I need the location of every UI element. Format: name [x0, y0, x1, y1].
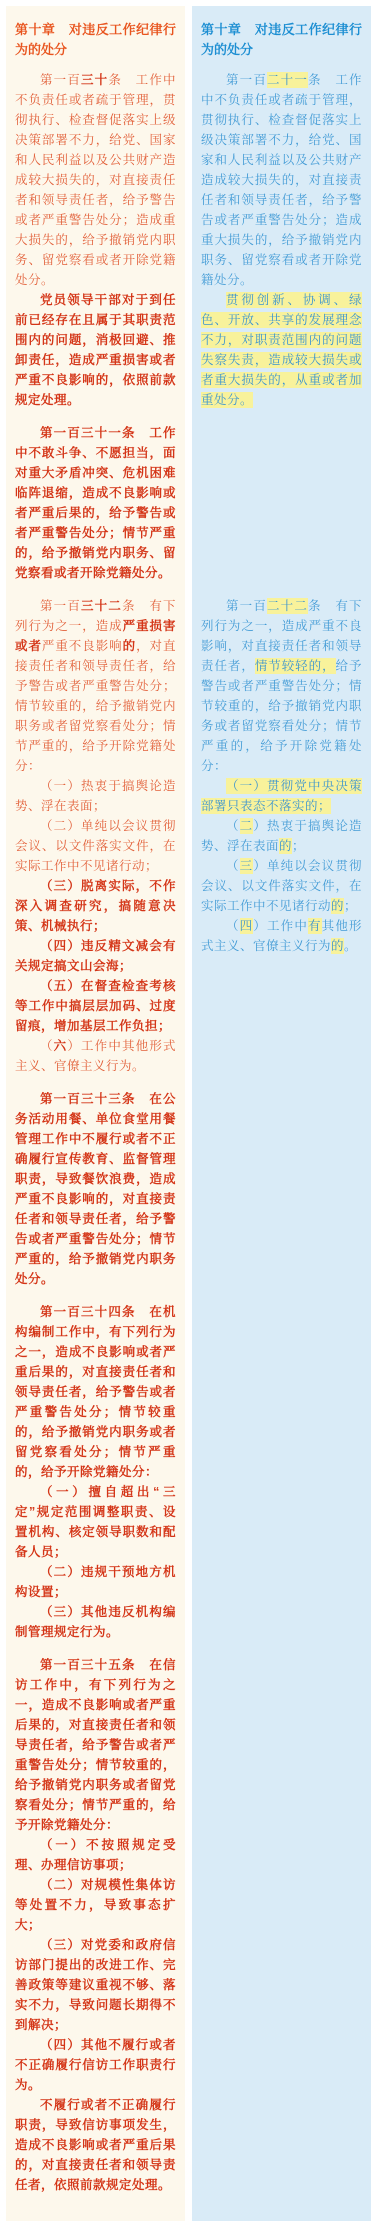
paragraph: （二）单纯以会议贯彻会议、以文件落实文件，在实际工作中不见诸行动； [15, 816, 176, 876]
text-emphasis: （三）脱离实际，不作深入调查研究，搞随意决策、机械执行； [15, 879, 176, 933]
text-emphasis: （四）违反精文减会有关规定搞文山会海； [15, 939, 176, 973]
text-normal: （二）单纯以会议贯彻会议、以文件落实文件，在实际工作中不见诸行动； [15, 819, 176, 873]
paragraph: （二）对规模性集体访等处置不力，导致事态扩大； [15, 1875, 176, 1935]
left-column-row-0: 第一百三十条 工作中不负责任或者疏于管理，贯彻执行、检查督促落实上级决策部署不力… [6, 70, 185, 290]
paragraph: 第一百三十五条 在信访工作中，有下列行为之一，造成不良影响或者严重后果的，对直接… [15, 1655, 176, 1835]
text-highlight: （一）贯彻党中央决策部署只表态不落实的； [201, 778, 362, 814]
paragraph: 第一百三十条 工作中不负责任或者疏于管理，贯彻执行、检查督促落实上级决策部署不力… [15, 70, 176, 290]
text-normal: 第一百 [40, 599, 81, 613]
paragraph: 第一百三十一条 工作中不敢斗争、不愿担当，面对重大矛盾冲突、危机困难临阵退缩，造… [15, 423, 176, 583]
text-normal: 第一百 [40, 73, 81, 87]
left-column-row-6: 第一百三十五条 在信访工作中，有下列行为之一，造成不良影响或者严重后果的，对直接… [6, 1642, 185, 2195]
text-highlight: 四 [240, 918, 254, 934]
paragraph: （一）擅自超出“三定”规定范围调整职责、设置机构、核定领导职数和配备人员； [15, 1482, 176, 1562]
text-highlight: 情节较轻的， [255, 658, 336, 674]
paragraph: （一）热衷于搞舆论造势、浮在表面； [15, 776, 176, 816]
right-column-row-2 [192, 410, 371, 583]
right-column-row-1: 贯彻创新、协调、绿色、开放、共享的发展理念不力，对职责范围内的问题失察失责，造成… [192, 290, 371, 410]
text-emphasis: （三）其他违反机构编制管理规定行为。 [15, 1605, 176, 1639]
text-emphasis: （二）对规模性集体访等处置不力，导致事态扩大； [15, 1878, 176, 1932]
left-column-row-2: 第一百三十一条 工作中不敢斗争、不愿担当，面对重大矛盾冲突、危机困难临阵退缩，造… [6, 410, 185, 583]
right-column-row-4 [192, 1076, 371, 1289]
text-normal: （一）热衷于搞舆论造势、浮在表面； [15, 779, 176, 813]
text-emphasis: 三十 [81, 73, 108, 87]
text-normal: 严重不良影响 [42, 639, 123, 653]
right-column-row-5 [192, 1289, 371, 1642]
paragraph: 第一百三十二条 有下列行为之一，造成严重损害或者严重不良影响的，对直接责任者和领… [15, 596, 176, 776]
paragraph: （四）工作中有其他形式主义、官僚主义行为的。 [201, 916, 362, 956]
left-column-row-3: 第一百三十二条 有下列行为之一，造成严重损害或者严重不良影响的，对直接责任者和领… [6, 583, 185, 1076]
text-highlight: 的 [279, 838, 292, 854]
text-emphasis: 第一百三十四条 在机构编制工作中，有下列行为之一，造成不良影响或者严重后果的，对… [15, 1305, 176, 1479]
paragraph: （二）违规干预地方机构设置； [15, 1562, 176, 1602]
right-column-row-6 [192, 1642, 371, 2195]
paragraph: 第一百二十一条 工作中不负责任或者疏于管理，贯彻执行、检查督促落实上级决策部署不… [201, 70, 362, 290]
text-highlight: 贯彻创新、协调、绿色、开放、共享的发展理念不力，对职责范围内的问题失察失责，造成… [201, 292, 362, 408]
paragraph: （三）脱离实际，不作深入调查研究，搞随意决策、机械执行； [15, 876, 176, 936]
left-column-row-5: 第一百三十四条 在机构编制工作中，有下列行为之一，造成不良影响或者严重后果的，对… [6, 1289, 185, 1642]
left-column-row-4: 第一百三十三条 在公务活动用餐、单位食堂用餐管理工作中不履行或者不正确履行宣传教… [6, 1076, 185, 1289]
paragraph: （六）工作中其他形式主义、官僚主义行为。 [15, 1036, 176, 1076]
paragraph: （四）违反精文减会有关规定搞文山会海； [15, 936, 176, 976]
left-column-header-cell: 第十章 对违反工作纪律行为的处分 [6, 6, 185, 70]
comparison-grid: 第十章 对违反工作纪律行为的处分 第十章 对违反工作纪律行为的处分 第一百三十条… [0, 0, 377, 2221]
chapter-title-left: 第十章 对违反工作纪律行为的处分 [15, 20, 176, 60]
text-normal: 条 工作中不负责任或者疏于管理，贯彻执行、检查督促落实上级决策部署不力，给党、国… [201, 73, 362, 287]
text-emphasis: 三十二 [81, 599, 122, 613]
text-emphasis: 第一百三十三条 在公务活动用餐、单位食堂用餐管理工作中不履行或者不正确履行宣传教… [15, 1092, 176, 1286]
text-highlight: 二十一 [267, 72, 308, 88]
paragraph: （三）单纯以会议贯彻会议、以文件落实文件，在实际工作中不见诸行动的； [201, 856, 362, 916]
text-normal: ； [292, 839, 305, 853]
paragraph: （三）对党委和政府信访部门提出的改进工作、完善政策等建议重视不够、落实不力，导致… [15, 1935, 176, 2035]
chapter-title-right-text: 第十章 对违反工作纪律行为的处分 [201, 22, 362, 57]
text-highlight: 三 [240, 858, 254, 874]
text-emphasis: 六 [54, 1039, 68, 1053]
text-highlight: 的 [331, 898, 344, 914]
text-emphasis: （一）不按照规定受理、办理信访事项； [15, 1838, 176, 1872]
text-normal: ，对直接责任者和领导责任者，给予警告或者严重警告处分；情节较重的，给予撤销党内职… [15, 639, 176, 773]
text-emphasis: （三）对党委和政府信访部门提出的改进工作、完善政策等建议重视不够、落实不力，导致… [15, 1938, 176, 2032]
text-highlight: 的 [331, 938, 344, 954]
text-emphasis: （一）擅自超出“三定”规定范围调整职责、设置机构、核定领导职数和配备人员； [15, 1485, 176, 1559]
paragraph: （二）热衷于搞舆论造势、浮在表面的； [201, 816, 362, 856]
text-normal: 第一百 [226, 599, 267, 613]
text-normal: （ [226, 819, 240, 833]
text-emphasis: 的 [123, 639, 136, 653]
text-normal: 给予警告或者严重警告处分；情节较重的，给予撤销党内职务或者留党察看处分；情节严重… [201, 659, 362, 773]
text-normal: （ [226, 919, 240, 933]
text-normal: 第一百 [226, 73, 267, 87]
text-emphasis: （五）在督查检查考核等工作中搞层层加码、过度留痕，增加基层工作负担； [15, 979, 176, 1033]
chapter-title-left-text: 第十章 对违反工作纪律行为的处分 [15, 22, 176, 57]
paragraph: 党员领导干部对于到任前已经存在且属于其职责范围内的问题，消极回避、推卸责任，造成… [15, 290, 176, 410]
text-highlight: 有 [308, 918, 322, 934]
paragraph: （三）其他违反机构编制管理规定行为。 [15, 1602, 176, 1642]
text-emphasis: 党员领导干部对于到任前已经存在且属于其职责范围内的问题，消极回避、推卸责任，造成… [15, 293, 176, 407]
left-column-row-1: 党员领导干部对于到任前已经存在且属于其职责范围内的问题，消极回避、推卸责任，造成… [6, 290, 185, 410]
text-highlight: 二十二 [267, 598, 308, 614]
paragraph: （五）在督查检查考核等工作中搞层层加码、过度留痕，增加基层工作负担； [15, 976, 176, 1036]
paragraph: 贯彻创新、协调、绿色、开放、共享的发展理念不力，对职责范围内的问题失察失责，造成… [201, 290, 362, 410]
right-column-header-cell: 第十章 对违反工作纪律行为的处分 [192, 6, 371, 70]
paragraph: 不履行或者不正确履行职责，导致信访事项发生，造成不良影响或者严重后果的，对直接责… [15, 2095, 176, 2195]
text-emphasis: （四）其他不履行或者不正确履行信访工作职责行为。 [15, 2038, 176, 2092]
text-emphasis: （二）违规干预地方机构设置； [15, 1565, 176, 1599]
text-normal: ； [344, 899, 357, 913]
text-normal: 条 工作中不负责任或者疏于管理，贯彻执行、检查督促落实上级决策部署不力，给党、国… [15, 73, 176, 287]
right-column-row-0: 第一百二十一条 工作中不负责任或者疏于管理，贯彻执行、检查督促落实上级决策部署不… [192, 70, 371, 290]
text-normal: 。 [344, 939, 357, 953]
paragraph: 第一百三十三条 在公务活动用餐、单位食堂用餐管理工作中不履行或者不正确履行宣传教… [15, 1089, 176, 1289]
text-normal: ）工作中 [253, 919, 308, 933]
paragraph: （一）贯彻党中央决策部署只表态不落实的； [201, 776, 362, 816]
text-emphasis: 第一百三十五条 在信访工作中，有下列行为之一，造成不良影响或者严重后果的，对直接… [15, 1658, 176, 1832]
paragraph: （一）不按照规定受理、办理信访事项； [15, 1835, 176, 1875]
text-emphasis: 第一百三十一条 工作中不敢斗争、不愿担当，面对重大矛盾冲突、危机困难临阵退缩，造… [15, 426, 176, 580]
text-emphasis: 不履行或者不正确履行职责，导致信访事项发生，造成不良影响或者严重后果的，对直接责… [15, 2098, 176, 2192]
paragraph: 第一百二十二条 有下列行为之一，造成严重不良影响，对直接责任者和领导责任者，情节… [201, 596, 362, 776]
chapter-title-right: 第十章 对违反工作纪律行为的处分 [201, 20, 362, 60]
text-highlight: 二 [240, 818, 254, 834]
right-column-row-3: 第一百二十二条 有下列行为之一，造成严重不良影响，对直接责任者和领导责任者，情节… [192, 583, 371, 1076]
paragraph: 第一百三十四条 在机构编制工作中，有下列行为之一，造成不良影响或者严重后果的，对… [15, 1302, 176, 1482]
paragraph: （四）其他不履行或者不正确履行信访工作职责行为。 [15, 2035, 176, 2095]
text-normal: （ [40, 1039, 54, 1053]
text-normal: （ [226, 859, 240, 873]
